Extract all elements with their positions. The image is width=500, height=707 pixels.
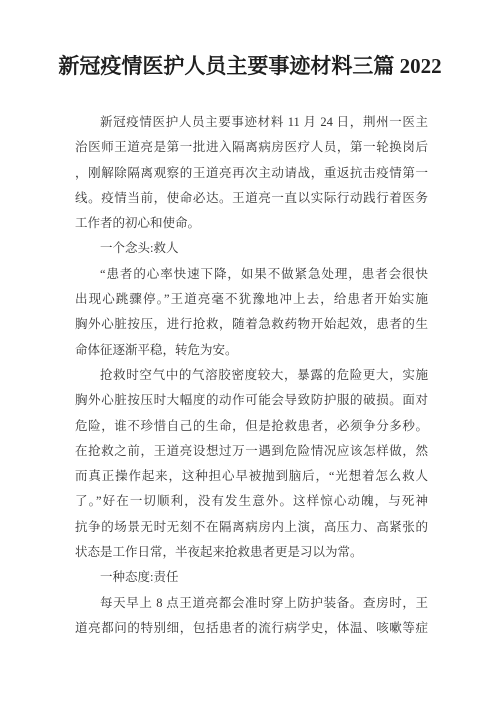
text-line: 线。疫情当前，使命必达。王道亮一直以实际行动践行着医务 <box>75 186 428 211</box>
text-line: 胸外心脏按压，进行抢救，随着急救药物开始起效，患者的生 <box>75 312 428 337</box>
text-line: 胸外心脏按压时大幅度的动作可能会导致防护服的破损。面对 <box>75 388 428 413</box>
document-page: 新冠疫情医护人员主要事迹材料三篇 2022 新冠疫情医护人员主要事迹材料 11 … <box>0 0 500 707</box>
text-line: 治医师王道亮是第一批进入隔离病房医疗人员，第一轮换岗后 <box>75 135 428 160</box>
text-line: 状态是工作日常，半夜起来抢救患者更是习以为常。 <box>75 540 428 565</box>
text-line: 命体征逐渐平稳，转危为安。 <box>75 338 428 363</box>
document-title: 新冠疫情医护人员主要事迹材料三篇 2022 <box>0 0 500 80</box>
text-line: 出现心跳骤停。”王道亮毫不犹豫地冲上去，给患者开始实施 <box>75 287 428 312</box>
text-line: 危险，谁不珍惜自己的生命，但是抢救患者，必须争分多秒。 <box>75 414 428 439</box>
text-line: 而真正操作起来，这种担心早被抛到脑后，“光想着怎么救人 <box>75 464 428 489</box>
text-line: 了。”好在一切顺利，没有发生意外。这样惊心动魄，与死神 <box>75 489 428 514</box>
section-heading-rescue: 一个念头:救人 <box>75 236 428 261</box>
text-line: 抗争的场景无时无刻不在隔离病房内上演，高压力、高紧张的 <box>75 515 428 540</box>
text-line: ，刚解除隔离观察的王道亮再次主动请战，重返抗击疫情第一 <box>75 161 428 186</box>
text-line: 每天早上 8 点王道亮都会准时穿上防护装备。查房时，王 <box>75 591 428 616</box>
document-body: 新冠疫情医护人员主要事迹材料 11 月 24 日，荆州一医主 治医师王道亮是第一… <box>75 110 428 641</box>
section-heading-duty: 一种态度:责任 <box>75 565 428 590</box>
text-line: 在抢救之前，王道亮设想过万一遇到危险情况应该怎样做，然 <box>75 439 428 464</box>
text-line: 抢救时空气中的气溶胶密度较大，暴露的危险更大，实施 <box>75 363 428 388</box>
text-line: 工作者的初心和使命。 <box>75 211 428 236</box>
text-line: 新冠疫情医护人员主要事迹材料 11 月 24 日，荆州一医主 <box>75 110 428 135</box>
text-line: 道亮都问的特别细，包括患者的流行病学史，体温、咳嗽等症 <box>75 616 428 641</box>
text-line: “患者的心率快速下降，如果不做紧急处理，患者会很快 <box>75 262 428 287</box>
